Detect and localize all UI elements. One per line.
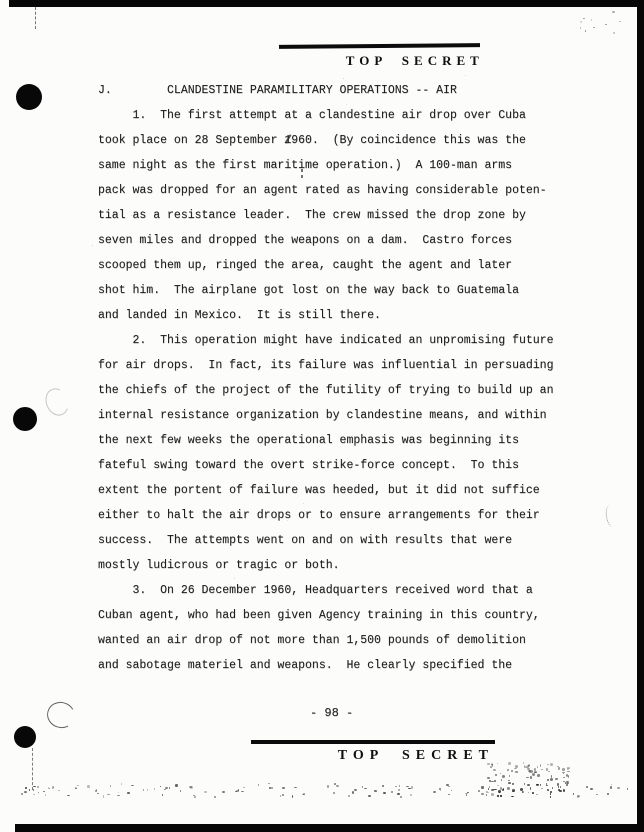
section-heading: J. CLANDESTINE PARAMILITARY OPERATIONS -…	[98, 78, 598, 103]
speck	[411, 786, 414, 788]
speck	[507, 769, 509, 770]
speck	[515, 771, 518, 772]
speck	[243, 787, 245, 789]
speck	[377, 191, 378, 192]
punch-hole	[14, 726, 36, 748]
speck	[21, 793, 23, 794]
speck	[487, 777, 490, 779]
text-line: tial as a resistance leader. The crew mi…	[98, 203, 598, 228]
speck	[368, 795, 371, 797]
speck	[511, 770, 513, 771]
text-line: for air drops. In fact, its failure was …	[98, 353, 598, 378]
speck	[271, 787, 272, 789]
speck	[127, 792, 130, 794]
speck	[491, 793, 494, 795]
speck	[605, 24, 607, 26]
speck	[362, 786, 363, 788]
speck	[534, 772, 536, 773]
speck	[400, 796, 402, 798]
speck	[512, 783, 514, 784]
speck	[524, 783, 526, 786]
speck	[566, 784, 567, 786]
speck	[563, 789, 565, 792]
speck	[268, 783, 269, 784]
speck	[540, 784, 542, 786]
speck	[617, 787, 619, 789]
speck	[541, 788, 543, 789]
speck	[491, 781, 494, 782]
speck	[282, 787, 285, 789]
speck	[343, 78, 344, 79]
text-line: seven miles and dropped the weapons on a…	[98, 228, 598, 253]
speck	[493, 769, 496, 771]
text-line: success. The attempts went on and on wit…	[98, 528, 598, 553]
speck	[514, 768, 517, 769]
speck	[354, 789, 356, 791]
text-line: same night as the first maritime operati…	[98, 153, 598, 178]
speck	[346, 104, 347, 105]
speck	[439, 788, 441, 790]
speck	[495, 774, 498, 776]
speck	[537, 766, 538, 768]
registration-dash-mark	[32, 748, 33, 790]
speck	[43, 791, 45, 792]
speck	[508, 780, 510, 781]
speck	[169, 787, 170, 789]
speck	[547, 779, 549, 780]
text-line: shot him. The airplane got lost on the w…	[98, 278, 598, 303]
speck	[530, 787, 531, 790]
speck	[591, 19, 592, 21]
speck	[489, 786, 490, 787]
speck	[466, 794, 467, 796]
speck	[45, 794, 46, 796]
text-line: 2. This operation might have indicated a…	[98, 328, 598, 353]
speck	[550, 763, 553, 766]
speck	[118, 792, 119, 793]
speck	[280, 795, 281, 797]
speck	[541, 769, 543, 770]
text-line: pack was dropped for an agent rated as h…	[98, 178, 598, 203]
speck	[77, 785, 80, 786]
speck	[24, 791, 26, 793]
speck	[569, 767, 570, 769]
speck	[627, 788, 628, 790]
speck	[121, 783, 122, 785]
speck	[258, 784, 259, 786]
speck	[97, 793, 99, 794]
speck	[612, 11, 615, 13]
speck	[75, 788, 78, 789]
speck	[532, 792, 533, 794]
speck	[241, 791, 244, 792]
speck	[481, 793, 484, 795]
speck	[530, 776, 532, 779]
speck	[522, 791, 524, 793]
speck	[131, 785, 134, 786]
speck	[487, 763, 489, 765]
speck	[512, 789, 515, 792]
speck	[164, 789, 166, 790]
speck	[204, 791, 206, 793]
speck	[511, 796, 514, 797]
speck	[352, 791, 354, 793]
speck	[497, 785, 499, 786]
speck	[557, 783, 559, 785]
speck	[548, 771, 550, 772]
speck	[550, 793, 552, 795]
speck	[536, 784, 539, 786]
speck	[532, 773, 535, 776]
speck	[547, 764, 549, 766]
speck	[559, 790, 561, 792]
speck	[364, 788, 367, 789]
speck	[610, 786, 612, 788]
speck	[463, 385, 464, 386]
speck	[33, 789, 34, 791]
speck	[550, 796, 551, 799]
page-number: - 98 -	[310, 706, 353, 720]
speck	[238, 789, 239, 791]
speck	[547, 789, 549, 791]
punch-hole	[13, 407, 37, 431]
speck	[558, 789, 559, 791]
speck	[235, 791, 237, 792]
speck	[563, 777, 565, 778]
speck	[558, 767, 559, 769]
speck	[526, 777, 528, 779]
text-line: wanted an air drop of not more than 1,50…	[98, 628, 598, 653]
speck	[348, 795, 350, 797]
speck	[37, 786, 38, 788]
speck	[117, 795, 120, 796]
speck	[87, 785, 90, 787]
speck	[383, 792, 385, 794]
speck	[398, 789, 400, 791]
speck	[391, 791, 393, 793]
classification-stamp-top-text: TOP SECRET	[346, 53, 484, 68]
classification-stamp-bottom-text: TOP SECRET	[338, 748, 494, 763]
speck	[222, 791, 225, 793]
speck	[382, 785, 383, 787]
speck	[103, 795, 104, 797]
speck	[160, 786, 161, 787]
text-line: 1. The first attempt at a clandestine ai…	[98, 103, 598, 128]
speck	[540, 765, 541, 767]
speck	[131, 215, 132, 216]
speck	[497, 763, 498, 764]
speck	[465, 75, 466, 76]
speck	[596, 794, 598, 795]
speck	[611, 784, 612, 786]
speck	[560, 786, 561, 788]
speck	[536, 794, 538, 795]
speck	[586, 786, 588, 788]
text-line: and sabotage materiel and weapons. He cl…	[98, 653, 598, 678]
text-line: either to halt the air drops or to ensur…	[98, 503, 598, 528]
text-line: mostly ludicrous or tragic or both.	[98, 553, 598, 578]
speck	[573, 793, 575, 795]
speck	[563, 773, 564, 774]
text-line: and landed in Mexico. It is still there.	[98, 303, 598, 328]
speck	[577, 795, 580, 797]
text-line: 3. On 26 December 1960, Headquarters rec…	[98, 578, 598, 603]
speck	[190, 786, 192, 788]
speck	[500, 795, 501, 796]
speck	[374, 790, 377, 792]
speck	[515, 765, 518, 768]
scan-edge-right	[637, 0, 644, 832]
speck	[33, 786, 36, 788]
speck	[154, 788, 155, 789]
speck	[92, 245, 93, 246]
speck	[523, 762, 524, 764]
speck	[508, 782, 510, 784]
speck	[503, 788, 504, 790]
speck	[507, 787, 509, 789]
text-line: fateful swing toward the overt strike-fo…	[98, 453, 598, 478]
speck	[67, 795, 70, 796]
speck	[607, 793, 608, 795]
text-line: scooped them up, ringed the area, caught…	[98, 253, 598, 278]
speck	[619, 21, 622, 23]
speck	[508, 762, 510, 765]
speck	[552, 787, 553, 789]
speck	[502, 775, 505, 778]
speck	[48, 787, 50, 789]
speck	[147, 789, 148, 791]
speck	[550, 778, 553, 781]
speck	[282, 794, 283, 796]
speck	[446, 784, 449, 786]
scan-edge-top	[9, 0, 644, 7]
text-line: the next few weeks the operational empha…	[98, 428, 598, 453]
speck	[590, 788, 593, 790]
punch-hole	[16, 84, 42, 110]
speck	[566, 781, 569, 783]
speck	[550, 791, 552, 793]
speck	[593, 27, 595, 29]
speck	[546, 785, 548, 786]
speck	[537, 774, 540, 776]
speck	[494, 780, 496, 783]
speck	[33, 794, 35, 795]
scan-edge-bottom	[15, 824, 644, 832]
text-line: Cuban agent, who had been given Agency t…	[98, 603, 598, 628]
speck	[562, 768, 565, 771]
speck	[562, 772, 565, 773]
speck	[110, 785, 112, 786]
speck	[498, 790, 501, 793]
speck	[580, 27, 582, 28]
text-line: extent the portent of failure was heeded…	[98, 478, 598, 503]
speck	[528, 792, 529, 794]
speck	[546, 768, 548, 771]
speck	[567, 771, 569, 773]
speck	[58, 790, 60, 792]
classification-stamp-bottom: TOP SECRET	[264, 732, 494, 796]
speck	[143, 789, 144, 791]
speck	[397, 793, 399, 795]
speck	[528, 770, 531, 772]
speck	[481, 786, 484, 788]
document-body: J. CLANDESTINE PARAMILITARY OPERATIONS -…	[98, 78, 598, 678]
speck	[555, 778, 558, 780]
speck	[500, 773, 502, 774]
speck	[583, 18, 585, 19]
pencil-circle-mark	[44, 699, 78, 732]
text-line: the chiefs of the project of the futilit…	[98, 378, 598, 403]
speck	[486, 794, 487, 796]
pencil-arc-mark	[605, 504, 618, 527]
speck	[52, 786, 54, 788]
speck	[509, 775, 510, 778]
speck	[613, 32, 615, 34]
text-line: took place on 28 September 1960. (By coi…	[98, 128, 598, 153]
speck	[478, 790, 480, 792]
scanned-document-page: TOP SECRET J. CLANDESTINE PARAMILITARY O…	[0, 0, 644, 832]
speck	[38, 792, 39, 793]
strikethrough-line	[279, 43, 480, 48]
speck	[194, 796, 196, 798]
speck	[497, 795, 500, 797]
speck	[175, 784, 178, 786]
ink-stray-mark	[301, 169, 303, 172]
speck	[162, 794, 163, 796]
speck	[107, 794, 109, 796]
speck	[29, 789, 30, 790]
speck	[302, 794, 304, 795]
strikethrough-line	[251, 740, 495, 744]
speck	[333, 792, 335, 794]
speck	[489, 780, 491, 781]
speck	[25, 787, 27, 788]
registration-dash-mark	[35, 7, 36, 29]
speck	[520, 788, 523, 791]
speck	[527, 784, 529, 786]
speck	[501, 779, 502, 781]
pencil-arc-mark	[42, 385, 73, 419]
speck	[490, 766, 492, 767]
speck	[214, 796, 217, 798]
speck	[534, 768, 535, 771]
speck	[486, 791, 488, 793]
speck	[580, 21, 582, 23]
speck	[585, 30, 586, 32]
speck	[433, 791, 436, 793]
speck	[294, 787, 297, 788]
speck	[327, 785, 328, 787]
speck	[568, 775, 569, 777]
text-line: internal resistance organization by clan…	[98, 403, 598, 428]
speck	[557, 766, 559, 767]
speck	[180, 790, 181, 792]
